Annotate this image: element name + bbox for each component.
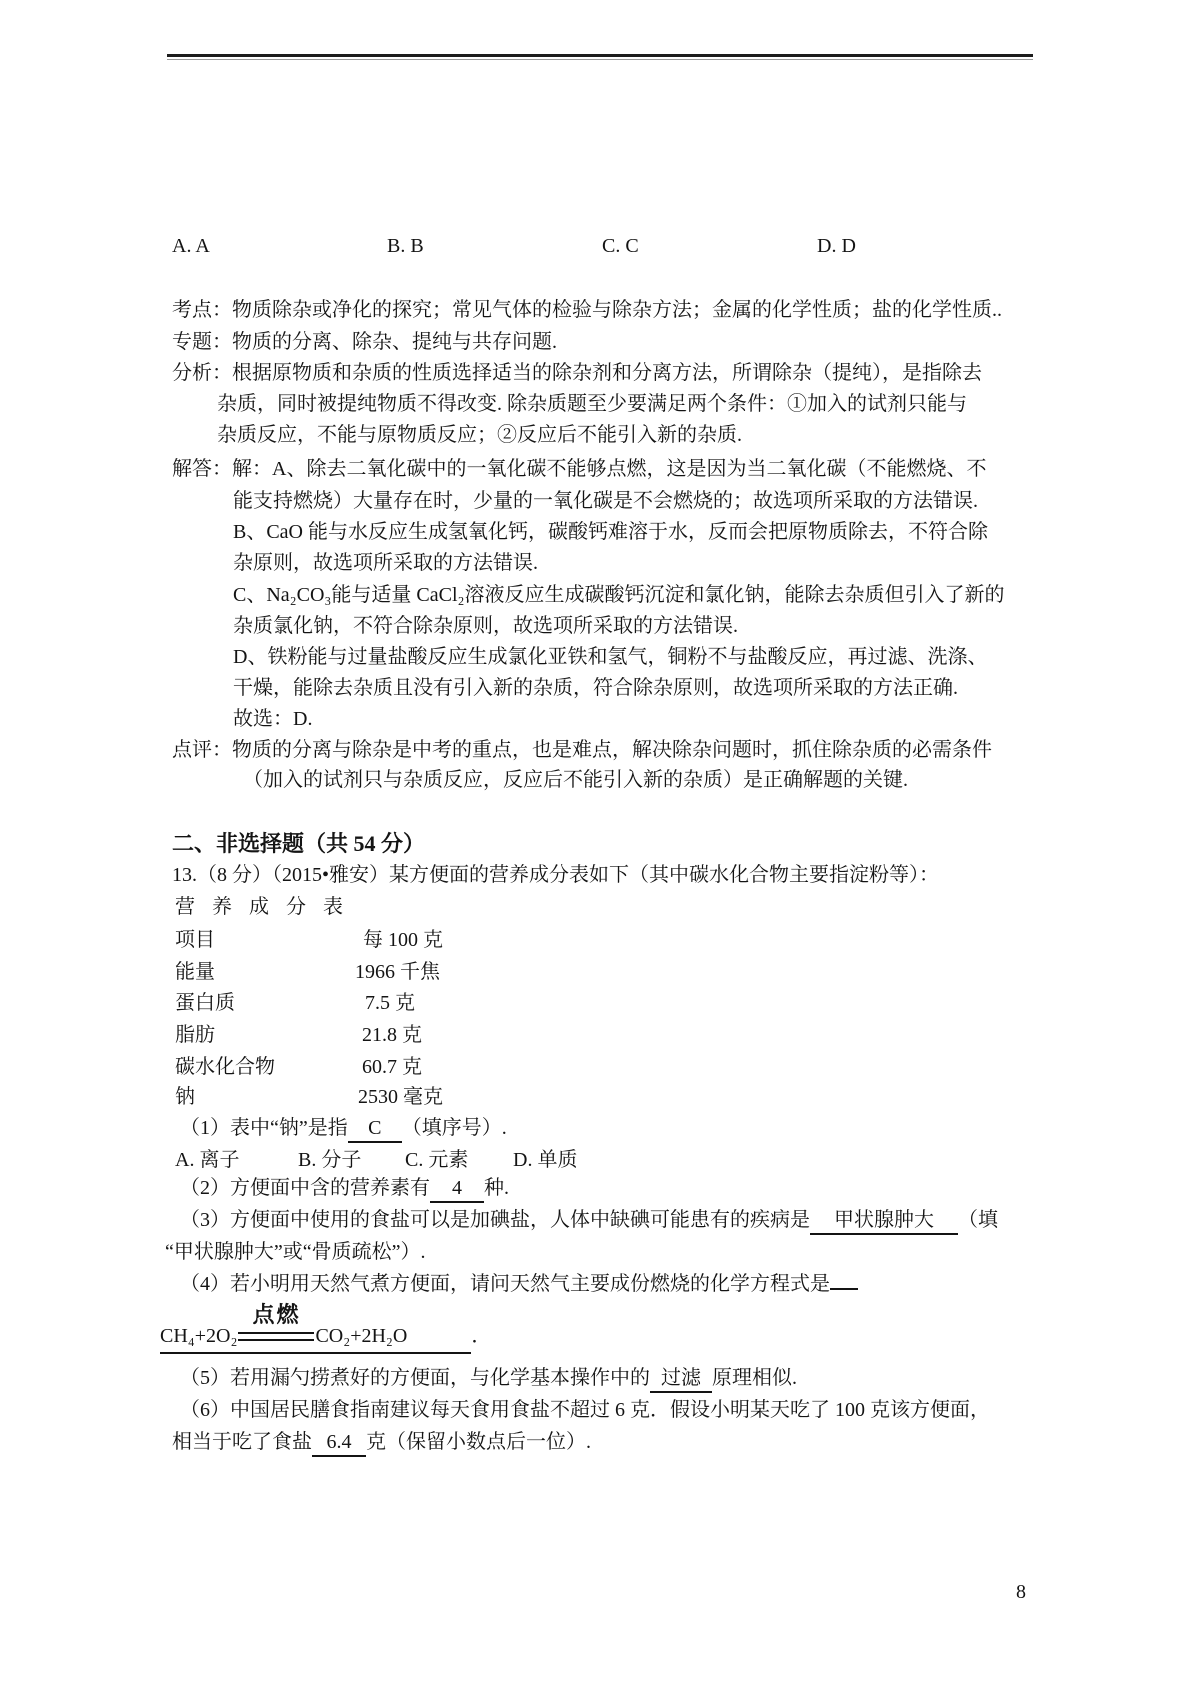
sub-question-4: （4）若小明用天然气煮方便面，请问天然气主要成份燃烧的化学方程式是 <box>180 1268 858 1300</box>
equation-answer-underline: CH₄+2O₂点燃CO₂+2H₂O <box>160 1320 471 1354</box>
page-number: 8 <box>1016 1576 1026 1608</box>
equation-lhs: CH₄+2O₂ <box>160 1320 237 1352</box>
answer-blank: 6.4 <box>312 1429 366 1457</box>
answer-line-5: C、Na₂CO₃能与适量 CaCl₂溶液反应生成碳酸钙沉淀和氯化钠，能除去杂质但… <box>233 579 1004 611</box>
sub-question-2-suffix: 种. <box>484 1177 509 1199</box>
answer-blank: C <box>348 1115 402 1143</box>
sub-question-3-suffix: （填 <box>958 1209 998 1231</box>
sub-question-4-text: （4）若小明用天然气煮方便面，请问天然气主要成份燃烧的化学方程式是 <box>180 1273 830 1295</box>
answer-line-3: B、CaO 能与水反应生成氢氧化钙，碳酸钙难溶于水，反而会把原物质除去，不符合除 <box>233 516 988 548</box>
table-row: 能量 1966 千焦 <box>175 956 215 988</box>
answer-conclusion-line: 故选：D. <box>233 703 312 735</box>
sub-question-1-text: （1）表中“钠”是指 <box>180 1117 348 1139</box>
table-row-label: 碳水化合物 <box>175 1056 275 1078</box>
table-row: 脂肪 21.8 克 <box>175 1019 215 1051</box>
sub-question-2: （2）方便面中含的营养素有4种. <box>180 1172 509 1204</box>
header-divider-rule <box>167 54 1033 60</box>
analysis-line-2: 杂质，同时被提纯物质不得改变. 除杂质题至少要满足两个条件：①加入的试剂只能与 <box>217 388 967 420</box>
sub-question-5-text: （5）若用漏勺捞煮好的方便面，与化学基本操作中的 <box>180 1367 650 1389</box>
equation-period: ． <box>471 1325 491 1347</box>
table-row-value: 2530 毫克 <box>358 1081 443 1113</box>
table-row: 钠 2530 毫克 <box>175 1081 195 1113</box>
answer-line-4: 杂原则，故选项所采取的方法错误. <box>233 547 538 579</box>
question-13-intro: 13.（8 分）（2015•雅安）某方便面的营养成分表如下（其中碳水化合物主要指… <box>172 859 939 891</box>
table-row-label: 蛋白质 <box>175 992 235 1014</box>
sub-question-3: （3）方便面中使用的食盐可以是加碘盐，人体中缺碘可能患有的疾病是甲状腺肿大（填 <box>180 1204 998 1236</box>
table-row: 碳水化合物 60.7 克 <box>175 1051 275 1083</box>
table-row: 蛋白质 7.5 克 <box>175 987 235 1019</box>
mc-option-d: D. D <box>817 230 856 262</box>
table-row-label: 项目 <box>175 929 215 951</box>
section-2-heading: 二、非选择题（共 54 分） <box>172 828 425 860</box>
equation-trailing-blank <box>407 1336 471 1337</box>
table-row-label: 能量 <box>175 961 215 983</box>
topic-line: 专题：物质的分离、除杂、提纯与共存问题. <box>172 326 557 358</box>
sub-question-3-continuation: “甲状腺肿大”或“骨质疏松”）. <box>165 1236 426 1268</box>
table-row-value: 1966 千焦 <box>355 956 440 988</box>
sub-question-6-text: 相当于吃了食盐 <box>172 1431 312 1453</box>
sub-question-3-text: （3）方便面中使用的食盐可以是加碘盐，人体中缺碘可能患有的疾病是 <box>180 1209 810 1231</box>
equation-condition-label: 点燃 <box>238 1303 314 1327</box>
analysis-line-1: 分析：根据原物质和杂质的性质选择适当的除杂剂和分离方法，所谓除杂（提纯），是指除… <box>172 357 982 389</box>
chemical-equation-line: CH₄+2O₂点燃CO₂+2H₂O． <box>160 1320 491 1354</box>
answer-blank: 甲状腺肿大 <box>810 1207 958 1235</box>
table-row-value: 21.8 克 <box>362 1019 422 1051</box>
exam-points-line: 考点：物质除杂或净化的探究；常见气体的检验与除杂方法；金属的化学性质；盐的化学性… <box>172 294 1002 326</box>
answer-blank: 4 <box>430 1175 484 1203</box>
sub-question-6-line-1: （6）中国居民膳食指南建议每天食用食盐不超过 6 克．假设小明某天吃了 100 … <box>180 1394 990 1426</box>
analysis-line-3: 杂质反应，不能与原物质反应；②反应后不能引入新的杂质. <box>217 419 742 451</box>
table-row-value: 每 100 克 <box>363 924 443 956</box>
mc-option-c: C. C <box>602 230 639 262</box>
mc-option-b: B. B <box>387 230 424 262</box>
answer-line-1: 解答：解：A、除去二氧化碳中的一氧化碳不能够点燃，这是因为当二氧化碳（不能燃烧、… <box>172 453 986 485</box>
comment-line-1: 点评：物质的分离与除杂是中考的重点，也是难点，解决除杂问题时，抓住除杂质的必需条… <box>172 734 992 766</box>
table-row-value: 60.7 克 <box>362 1051 422 1083</box>
table-row-value: 7.5 克 <box>365 987 415 1019</box>
comment-line-2: （加入的试剂只与杂质反应，反应后不能引入新的杂质）是正确解题的关键. <box>243 764 908 796</box>
table-row: 项目 每 100 克 <box>175 924 215 956</box>
sub-question-1: （1）表中“钠”是指C（填序号）. <box>180 1112 507 1144</box>
sub-question-5: （5）若用漏勺捞煮好的方便面，与化学基本操作中的过滤原理相似. <box>180 1362 797 1394</box>
answer-blank-start <box>830 1284 858 1290</box>
q1-option-d: D. 单质 <box>513 1144 577 1176</box>
sub-question-6-line-2: 相当于吃了食盐6.4克（保留小数点后一位）. <box>172 1426 591 1458</box>
answer-line-7: D、铁粉能与过量盐酸反应生成氯化亚铁和氢气，铜粉不与盐酸反应，再过滤、洗涤、 <box>233 641 987 673</box>
answer-line-6: 杂质氯化钠，不符合除杂原则，故选项所采取的方法错误. <box>233 610 738 642</box>
nutrition-table-title: 营 养 成 分 表 <box>175 891 349 923</box>
answer-line-2: 能支持燃烧）大量存在时，少量的一氧化碳是不会燃烧的；故选项所采取的方法错误. <box>233 485 978 517</box>
sub-question-6-suffix: 克（保留小数点后一位）. <box>366 1431 591 1453</box>
sub-question-5-suffix: 原理相似. <box>712 1367 797 1389</box>
exam-answer-page: A. A B. B C. C D. D 考点：物质除杂或净化的探究；常见气体的检… <box>0 0 1200 1698</box>
equation-condition-arrow: 点燃 <box>238 1332 314 1341</box>
mc-option-a: A. A <box>172 230 210 262</box>
sub-question-2-text: （2）方便面中含的营养素有 <box>180 1177 430 1199</box>
answer-line-8: 干燥，能除去杂质且没有引入新的杂质，符合除杂原则，故选项所采取的方法正确. <box>233 672 958 704</box>
table-row-label: 钠 <box>175 1086 195 1108</box>
equation-rhs: CO₂+2H₂O <box>315 1320 407 1352</box>
answer-blank: 过滤 <box>650 1365 712 1393</box>
sub-question-1-suffix: （填序号）. <box>402 1117 507 1139</box>
table-row-label: 脂肪 <box>175 1024 215 1046</box>
